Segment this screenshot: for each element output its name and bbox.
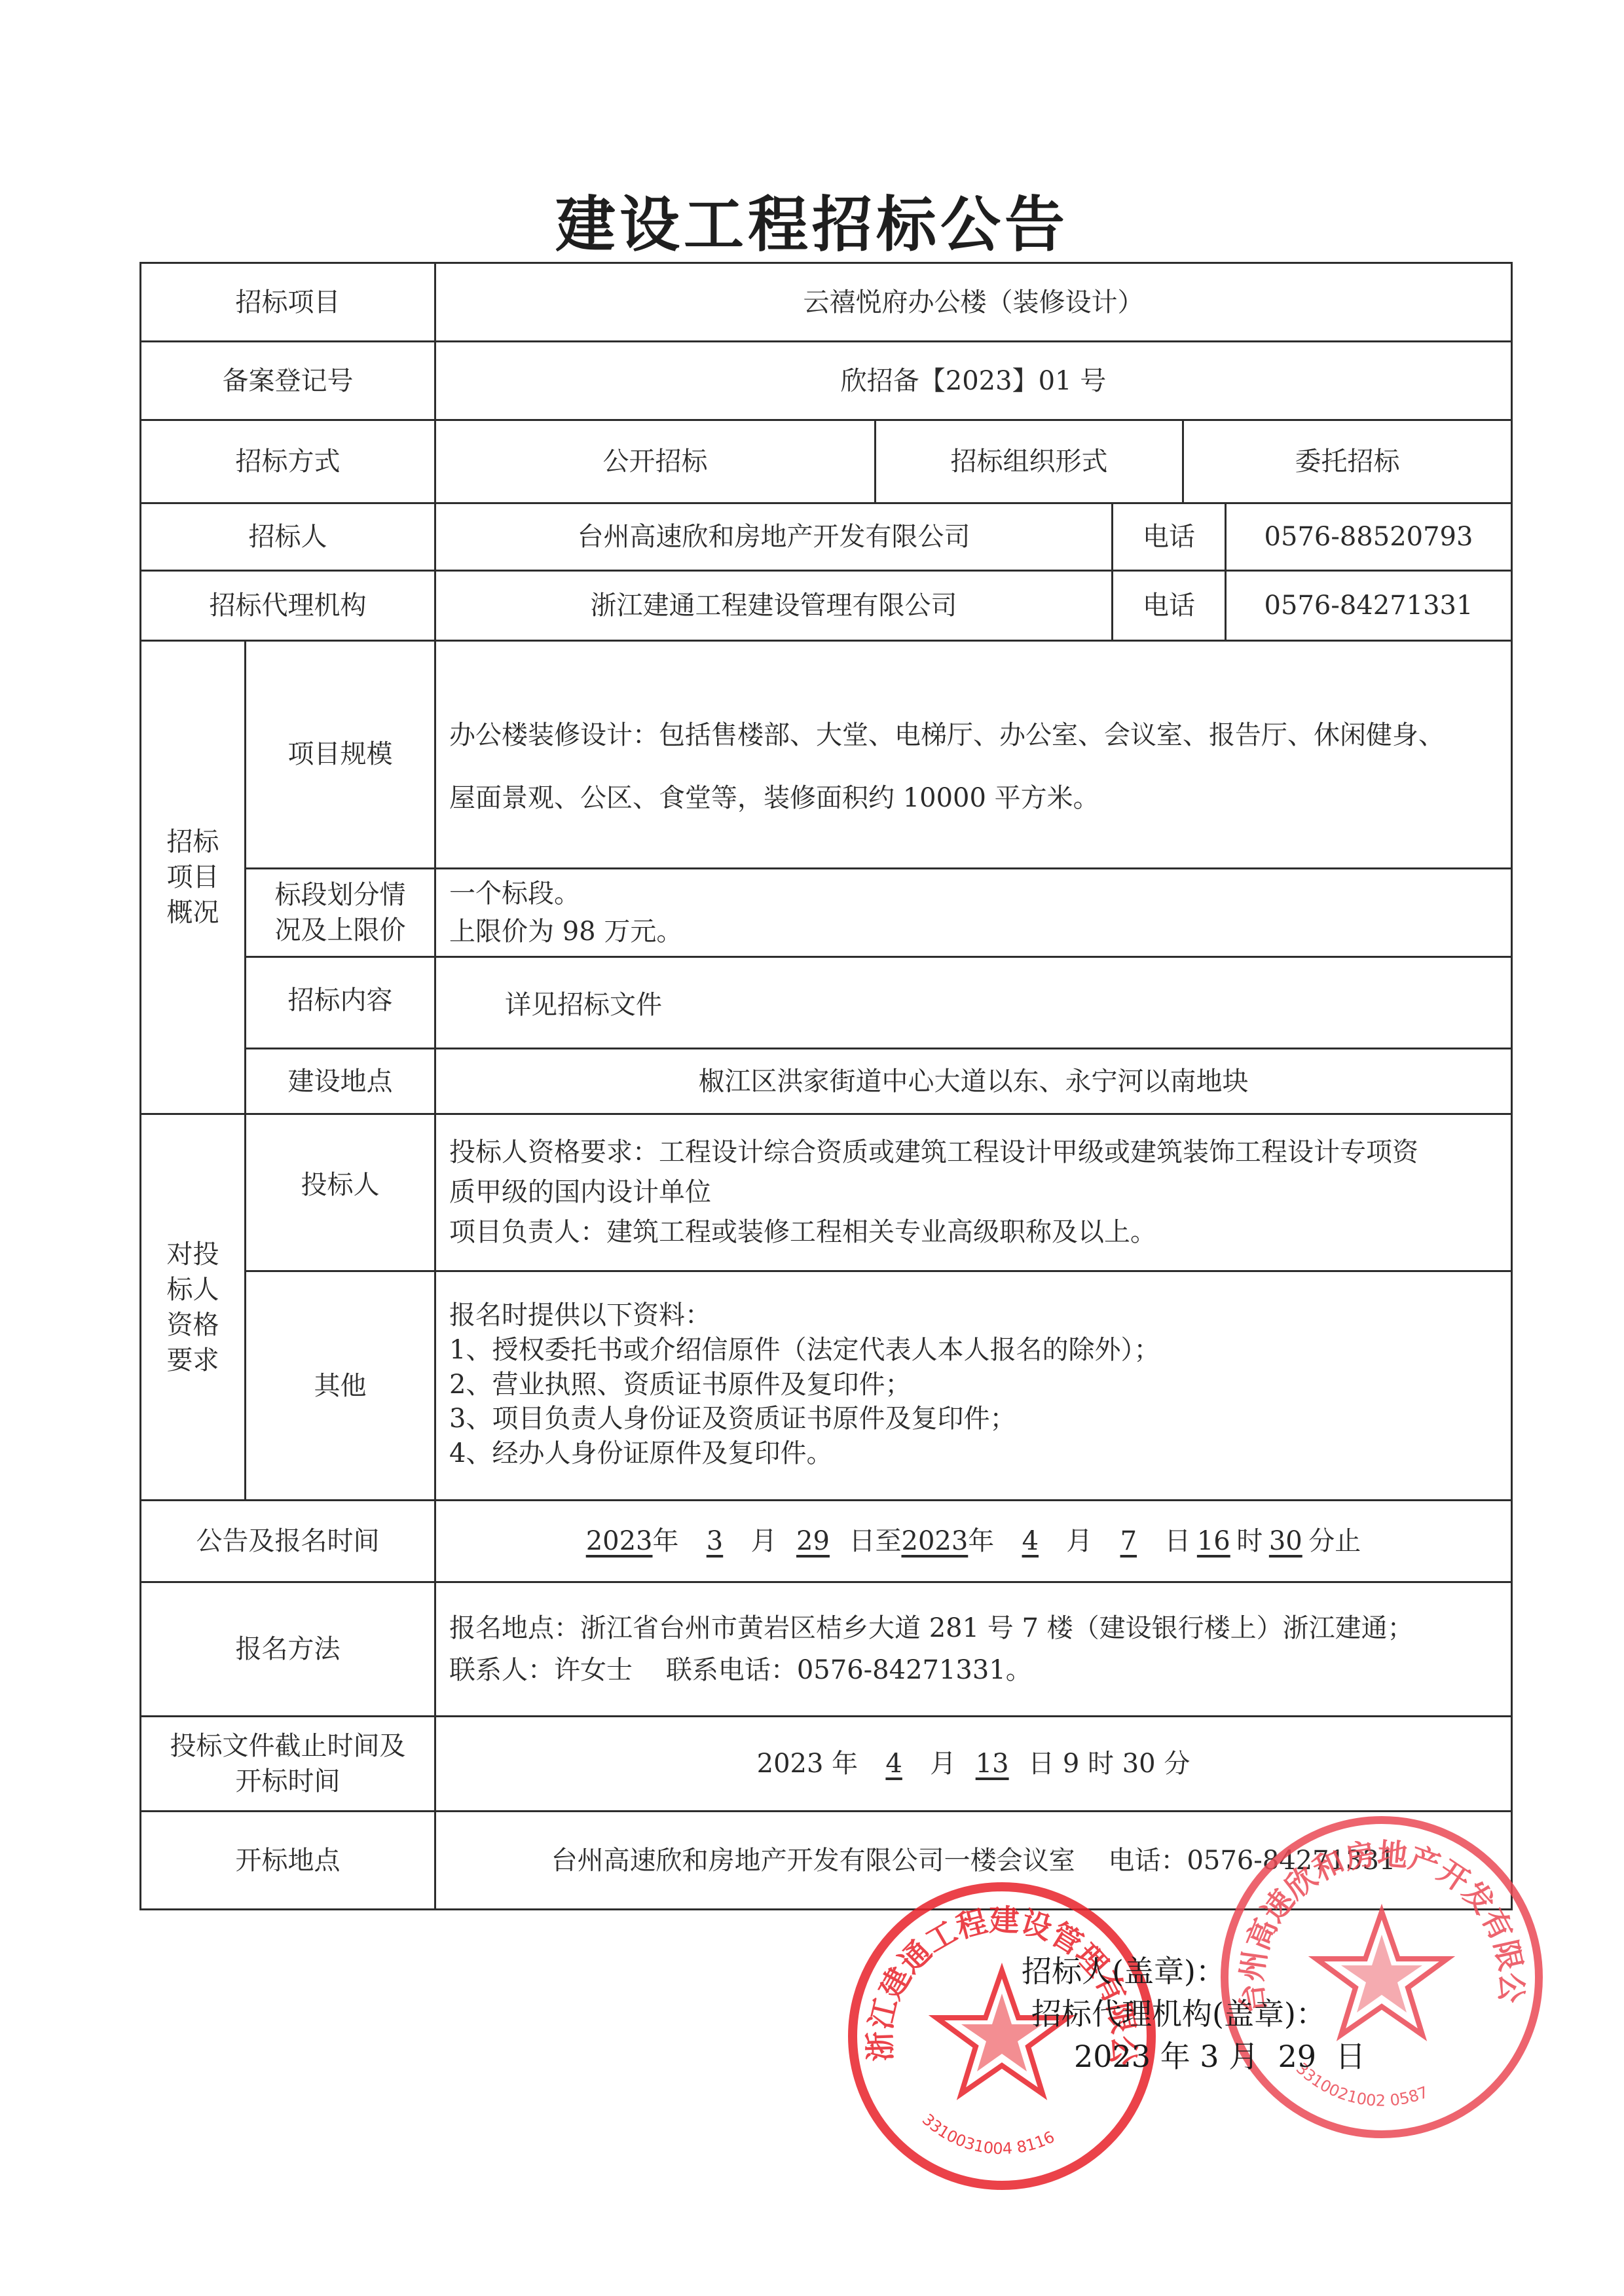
deadline-month: 4 bbox=[858, 1746, 930, 1781]
bidder-line: 项目负责人：建筑工程或装修工程相关专业高级职称及以上。 bbox=[449, 1212, 1418, 1252]
agency-value: 浙江建通工程建设管理有限公司 bbox=[434, 570, 1113, 642]
unit: 月 bbox=[1066, 1526, 1092, 1556]
project-value: 云禧悦府办公楼（装修设计） bbox=[434, 262, 1513, 342]
method-label: 招标方式 bbox=[139, 419, 436, 504]
registration-label: 备案登记号 bbox=[139, 340, 436, 421]
tenderer-value: 台州高速欣和房地产开发有限公司 bbox=[434, 502, 1113, 572]
agency-label-text: 招标代理机构 bbox=[210, 588, 367, 623]
tenderer-value-text: 台州高速欣和房地产开发有限公司 bbox=[578, 519, 970, 555]
tenderer-seal-stamp: 台州高速欣和房地产开发有限公司 3310021002 0587 bbox=[1211, 1807, 1552, 2147]
other-line: 报名时提供以下资料： bbox=[449, 1298, 1160, 1333]
unit: 年 bbox=[968, 1526, 994, 1556]
agency-seal-line: 招标代理机构(盖章)： bbox=[1031, 1990, 1326, 2033]
sections-line: 上限价为 98 万元。 bbox=[449, 913, 682, 951]
scale-line: 屋面景观、公区、食堂等，装修面积约 10000 平方米。 bbox=[449, 767, 1445, 829]
end-year: 2023 bbox=[902, 1523, 969, 1559]
start-month: 3 bbox=[679, 1523, 751, 1559]
content-value: 详见招标文件 bbox=[434, 956, 1513, 1049]
registration-value: 欣招备【2023】01 号 bbox=[434, 340, 1513, 421]
end-hour: 16 bbox=[1190, 1523, 1236, 1559]
deadline-year: 2023 bbox=[757, 1749, 824, 1779]
start-year: 2023 bbox=[586, 1523, 653, 1559]
registration-method-label-text: 报名方法 bbox=[236, 1631, 341, 1667]
unit: 时 bbox=[1236, 1526, 1263, 1556]
unit: 年 bbox=[653, 1526, 679, 1556]
qualification-group-label-line: 对投 bbox=[167, 1237, 219, 1272]
announce-time-label-text: 公告及报名时间 bbox=[196, 1523, 380, 1559]
content-label-text: 招标内容 bbox=[288, 983, 393, 1018]
agency-label: 招标代理机构 bbox=[139, 570, 436, 642]
tenderer-seal-line: 招标人(盖章)： bbox=[1022, 1948, 1226, 1991]
location-value: 椒江区洪家街道中心大道以东、永宁河以南地块 bbox=[434, 1048, 1513, 1115]
registration-method-line: 联系人：许女士 联系电话：0576-84271331。 bbox=[449, 1649, 1414, 1691]
qualification-group-label-line: 标人 bbox=[167, 1272, 219, 1307]
unit: 分止 bbox=[1308, 1526, 1361, 1556]
project-value-text: 云禧悦府办公楼（装修设计） bbox=[803, 285, 1144, 320]
deadline-label: 投标文件截止时间及 开标时间 bbox=[139, 1715, 436, 1812]
other-line: 1、授权委托书或介绍信原件（法定代表人本人报名的除外）； bbox=[449, 1333, 1160, 1368]
other-line: 2、营业执照、资质证书原件及复印件； bbox=[449, 1368, 1160, 1402]
tenderer-label-text: 招标人 bbox=[249, 519, 327, 555]
scale-label-text: 项目规模 bbox=[288, 737, 393, 772]
registration-method-value: 报名地点：浙江省台州市黄岩区桔乡大道 281 号 7 楼（建设银行楼上）浙江建通… bbox=[434, 1581, 1513, 1717]
project-label: 招标项目 bbox=[139, 262, 436, 342]
end-minute: 30 bbox=[1263, 1523, 1308, 1559]
other-value: 报名时提供以下资料： 1、授权委托书或介绍信原件（法定代表人本人报名的除外）； … bbox=[434, 1270, 1513, 1501]
qualification-group-label: 对投 标人 资格 要求 bbox=[139, 1113, 246, 1501]
scale-value: 办公楼装修设计：包括售楼部、大堂、电梯厅、办公室、会议室、报告厅、休闲健身、 屋… bbox=[434, 640, 1513, 869]
overview-group-label-line: 概况 bbox=[167, 895, 219, 930]
scale-label: 项目规模 bbox=[244, 640, 436, 869]
sections-label-line: 标段划分情 bbox=[275, 877, 406, 913]
location-label: 建设地点 bbox=[244, 1048, 436, 1115]
sections-line: 一个标段。 bbox=[449, 875, 682, 913]
registration-label-text: 备案登记号 bbox=[223, 363, 354, 399]
method-value-text: 公开招标 bbox=[603, 444, 708, 479]
method-value: 公开招标 bbox=[434, 419, 876, 504]
sections-value: 一个标段。 上限价为 98 万元。 bbox=[434, 867, 1513, 958]
agency-value-text: 浙江建通工程建设管理有限公司 bbox=[591, 588, 957, 623]
tenderer-phone: 0576-88520793 bbox=[1225, 502, 1513, 572]
unit: 日至 bbox=[849, 1526, 902, 1556]
announce-time-label: 公告及报名时间 bbox=[139, 1499, 436, 1583]
bidder-line: 投标人资格要求：工程设计综合资质或建筑工程设计甲级或建筑装饰工程设计专项资 bbox=[449, 1133, 1418, 1173]
org-form-value: 委托招标 bbox=[1182, 419, 1513, 504]
content-value-text: 详见招标文件 bbox=[505, 987, 662, 1023]
deadline-label-line: 投标文件截止时间及 bbox=[170, 1728, 406, 1764]
tenderer-phone-label-text: 电话 bbox=[1143, 519, 1195, 555]
org-form-label-text: 招标组织形式 bbox=[951, 444, 1108, 479]
bidder-value: 投标人资格要求：工程设计综合资质或建筑工程设计甲级或建筑装饰工程设计专项资 质甲… bbox=[434, 1113, 1513, 1272]
tenderer-phone-text: 0576-88520793 bbox=[1264, 519, 1473, 555]
content-label: 招标内容 bbox=[244, 956, 436, 1049]
location-label-text: 建设地点 bbox=[288, 1064, 393, 1099]
unit: 年 bbox=[832, 1749, 858, 1779]
bidder-label-text: 投标人 bbox=[301, 1167, 380, 1203]
qualification-group-label-line: 要求 bbox=[167, 1343, 219, 1378]
qualification-group-label-line: 资格 bbox=[167, 1307, 219, 1343]
tenderer-label: 招标人 bbox=[139, 502, 436, 572]
unit: 月 bbox=[930, 1749, 956, 1779]
end-month: 4 bbox=[994, 1523, 1066, 1559]
overview-group-label: 招标 项目 概况 bbox=[139, 640, 246, 1115]
opening-place-label: 开标地点 bbox=[139, 1810, 436, 1910]
method-label-text: 招标方式 bbox=[236, 444, 341, 479]
other-label-text: 其他 bbox=[314, 1368, 367, 1404]
bidder-label: 投标人 bbox=[244, 1113, 436, 1272]
document-title: 建设工程招标公告 bbox=[0, 177, 1624, 263]
agency-phone-label: 电话 bbox=[1111, 570, 1227, 642]
agency-phone: 0576-84271331 bbox=[1225, 570, 1513, 642]
opening-place-label-text: 开标地点 bbox=[236, 1843, 341, 1878]
registration-method-label: 报名方法 bbox=[139, 1581, 436, 1717]
location-value-text: 椒江区洪家街道中心大道以东、永宁河以南地块 bbox=[699, 1064, 1249, 1099]
tenderer-phone-label: 电话 bbox=[1111, 502, 1227, 572]
deadline-value: 2023 年4月13日 9 时 30 分 bbox=[434, 1715, 1513, 1812]
unit: 日 bbox=[1164, 1526, 1190, 1556]
start-day: 29 bbox=[777, 1523, 849, 1559]
unit: 月 bbox=[751, 1526, 777, 1556]
overview-group-label-line: 项目 bbox=[167, 860, 219, 895]
scale-line: 办公楼装修设计：包括售楼部、大堂、电梯厅、办公室、会议室、报告厅、休闲健身、 bbox=[449, 704, 1445, 767]
overview-group-label-line: 招标 bbox=[167, 824, 219, 860]
deadline-day: 13 bbox=[956, 1746, 1028, 1781]
end-day: 7 bbox=[1092, 1523, 1164, 1559]
agency-phone-text: 0576-84271331 bbox=[1264, 588, 1473, 623]
other-line: 4、经办人身份证原件及复印件。 bbox=[449, 1436, 1160, 1471]
bidder-line: 质甲级的国内设计单位 bbox=[449, 1173, 1418, 1212]
other-line: 3、项目负责人身份证及资质证书原件及复印件； bbox=[449, 1402, 1160, 1436]
signature-date: 2023 年 3 月 29 日 bbox=[1074, 2033, 1365, 2076]
org-form-label: 招标组织形式 bbox=[874, 419, 1184, 504]
registration-method-line: 报名地点：浙江省台州市黄岩区桔乡大道 281 号 7 楼（建设银行楼上）浙江建通… bbox=[449, 1607, 1414, 1649]
announce-time-value: 2023年3月29日至2023年4月7日16时30分止 bbox=[434, 1499, 1513, 1583]
registration-value-text: 欣招备【2023】01 号 bbox=[841, 363, 1106, 399]
project-label-text: 招标项目 bbox=[236, 285, 341, 320]
sections-label-line: 况及上限价 bbox=[275, 913, 406, 948]
deadline-label-line: 开标时间 bbox=[170, 1764, 406, 1799]
svg-text:3310031004 8116: 3310031004 8116 bbox=[919, 2110, 1058, 2158]
agency-phone-label-text: 电话 bbox=[1143, 588, 1195, 623]
sections-label: 标段划分情 况及上限价 bbox=[244, 867, 436, 958]
other-label: 其他 bbox=[244, 1270, 436, 1501]
org-form-value-text: 委托招标 bbox=[1295, 444, 1400, 479]
deadline-time: 日 9 时 30 分 bbox=[1028, 1749, 1190, 1779]
